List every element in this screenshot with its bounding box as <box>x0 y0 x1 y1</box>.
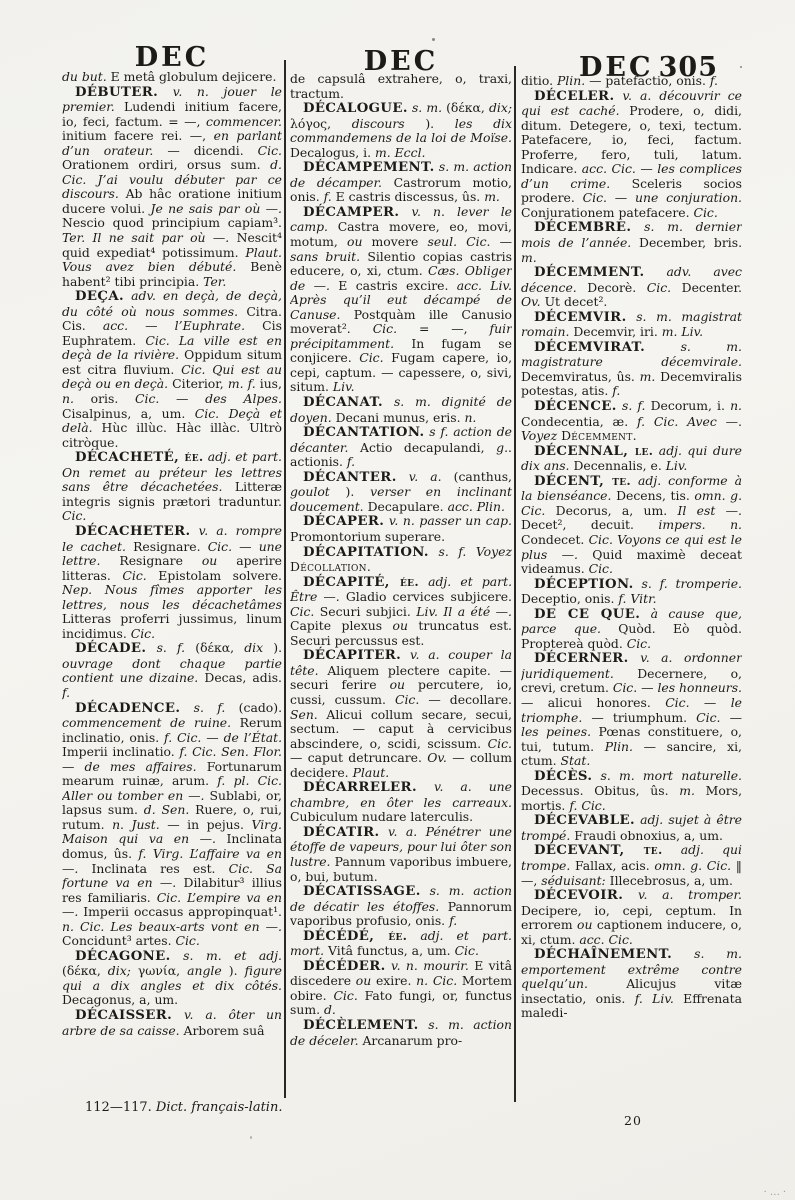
headword: DÉCENCE. <box>534 399 617 414</box>
entry-text: Cic. <box>665 695 689 710</box>
column-1-text: du but. E metâ globulum dejicere.DÉBUTER… <box>62 70 282 1102</box>
headword: DÉCACHETER. <box>75 524 191 539</box>
entry-text: Promontorium superare. <box>290 529 445 544</box>
dictionary-entry: ditio. Plin. — patefactio, onis. f. <box>521 74 742 89</box>
entry-text: — <box>607 190 635 205</box>
entry-text: Cic. <box>455 943 479 958</box>
headword: DÉCENNAL, <box>534 444 635 459</box>
entry-text: ). <box>405 116 455 131</box>
headword: DÉCAPITATION. <box>303 545 429 560</box>
entry-text: December, bris. <box>631 235 742 250</box>
dictionary-entry: DÉCALOGUE. s. m. (δέκα, dix; λόγος, disc… <box>290 101 512 160</box>
entry-text: seul. Cic. <box>427 234 490 249</box>
entry-text: ). <box>330 484 370 499</box>
headword: DÉCALOGUE. <box>303 101 408 116</box>
signature-numbers: 112—117. <box>85 1100 152 1115</box>
entry-text: Décemment. <box>561 428 637 443</box>
headword: DÉCÉDER. <box>303 959 386 974</box>
entry-text: Ov. <box>427 750 447 765</box>
entry-text: — <box>159 391 205 406</box>
entry-text: (δέκα, <box>185 640 244 655</box>
entry-text: n. Cic. Les beaux-arts vont en —. <box>62 919 282 934</box>
entry-text: Epistolam solvere. <box>147 568 282 583</box>
entry-text: Decapulare. <box>364 499 448 514</box>
entry-text: n. <box>730 398 742 413</box>
entry-text: Resignare <box>100 553 201 568</box>
entry-text: Citerior, <box>168 376 228 391</box>
scan-corner-marks: ·…· <box>764 1187 789 1198</box>
entry-text: s. f. <box>180 700 225 715</box>
headword: DÉCATIR. <box>303 825 380 840</box>
entry-text: initium facere rei. —, <box>62 128 214 143</box>
scan-speck <box>432 38 435 41</box>
headword: DÉCAMPER. <box>303 205 399 220</box>
headword: DÉCÈLEMENT. <box>303 1018 419 1033</box>
entry-text: dix; <box>489 100 512 115</box>
dictionary-entry: DÉCAPITER. v. a. couper la tête. Aliquem… <box>290 648 512 780</box>
headword: DÉCAPITER. <box>303 648 401 663</box>
entry-text: v. n. mourir. <box>386 958 469 973</box>
entry-text: Decessus. Obitus, ûs. <box>521 783 679 798</box>
headword: DÉCACHETÉ, <box>75 450 185 465</box>
work-title: Dict. français-latin. <box>156 1100 283 1115</box>
entry-text: — alicui honores. <box>521 695 665 710</box>
entry-text: m. <box>679 783 695 798</box>
entry-text: ). <box>263 640 282 655</box>
entry-text: Conjurationem patefacere. <box>521 205 693 220</box>
column-2-text: de capsulâ extrahere, o, traxi, tractum.… <box>290 72 512 1104</box>
column-divider-right <box>514 66 516 1102</box>
dictionary-entry: DÉCACHETÉ, ée. adj. et part. On remet au… <box>62 450 282 524</box>
dictionary-entry: DÉCAPITATION. s. f. Voyez Décollation. <box>290 545 512 575</box>
entry-text: ée. <box>388 928 407 943</box>
entry-text: Cic. <box>290 604 314 619</box>
entry-text: n. <box>464 410 476 425</box>
entry-text: f. Cic. <box>164 730 201 745</box>
entry-text: l’Euphrate. <box>175 318 245 333</box>
entry-text: Plaut. <box>353 765 390 780</box>
dictionary-entry: DÉCEVABLE. adj. sujet à être trompé. Fra… <box>521 813 742 843</box>
entry-text: les peines. <box>521 724 591 739</box>
entry-text: Orationem ordiri, orsus sum. <box>62 157 270 172</box>
entry-text: (δέκα, <box>62 963 108 978</box>
entry-text: n. <box>62 391 74 406</box>
entry-text: Cic. <box>208 539 232 554</box>
entry-text: s. f. tromperie. <box>634 576 742 591</box>
dictionary-entry: DÉCAGONE. s. m. et adj. (δέκα, dix; γωνί… <box>62 949 282 1008</box>
dictionary-entry: DÉCEMVIRAT. s. m. magistrature décemvira… <box>521 340 742 399</box>
dictionary-entry: DÉCAMPER. v. n. lever le camp. Castra mo… <box>290 205 512 395</box>
entry-text: — <box>490 234 512 249</box>
entry-text: Liv. <box>333 379 355 394</box>
entry-text: une conjuration. <box>635 190 742 205</box>
dictionary-entry: du but. E metâ globulum dejicere. <box>62 70 282 85</box>
dictionary-entry: DÉCANTATION. s f. action de décanter. Ac… <box>290 425 512 470</box>
entry-text: f. <box>612 383 620 398</box>
entry-text: Stat. <box>561 753 591 768</box>
headword: DÉCANTER. <box>303 470 397 485</box>
entry-text: Cic. <box>135 391 159 406</box>
headword: DÉCEVABLE. <box>534 813 635 828</box>
entry-text: des Alpes. <box>205 391 282 406</box>
entry-text: ou <box>577 917 592 932</box>
entry-text: (cado). <box>225 700 282 715</box>
entry-text: ou <box>393 618 408 633</box>
entry-text: Nep. Nous fîmes apporter les lettres, no… <box>62 582 282 612</box>
dictionary-entry: DÉCEVOIR. v. a. tromper. Decipere, io, c… <box>521 888 742 947</box>
entry-text: Plin. <box>605 739 633 754</box>
entry-text: Liv. Il a été —. <box>416 604 512 619</box>
entry-text: Nescio quod principium capiam³. <box>62 215 282 230</box>
entry-text: s. f. <box>146 640 185 655</box>
entry-text: Décollation. <box>290 559 371 574</box>
dictionary-entry: DÉCERNER. v. a. ordonner juridiquement. … <box>521 651 742 768</box>
entry-text: ou <box>202 553 217 568</box>
entry-text: Vitâ functus, a, um. <box>324 943 455 958</box>
entry-text: Resignare. <box>126 539 208 554</box>
headword: DÉCHAÎNEMENT. <box>534 947 672 962</box>
entry-text: acc. Cic. <box>579 932 632 947</box>
entry-text: Imperii occasus appropinquat¹. <box>78 904 282 919</box>
entry-text: commencement de ruine. <box>62 715 231 730</box>
dictionary-entry: DÉCEVANT, te. adj. qui trompe. Fallax, a… <box>521 843 742 888</box>
dictionary-entry: DÉCATIR. v. a. Pénétrer une étoffe de va… <box>290 825 512 884</box>
entry-text: m. <box>640 369 656 384</box>
entry-text: Cic. <box>122 568 146 583</box>
entry-text: ius, <box>256 376 282 391</box>
entry-text: oris. <box>74 391 135 406</box>
entry-text: Decenter. <box>671 280 742 295</box>
column-divider-left <box>284 60 286 1098</box>
dictionary-entry: DÉCENNAL, le. adj. qui dure dix ans. Dec… <box>521 444 742 474</box>
entry-text: sans bruit. <box>290 249 360 264</box>
headword: DEÇA. <box>75 289 124 304</box>
entry-text: f. <box>710 74 718 88</box>
dictionary-entry: DÉCÈLEMENT. s. m. action de déceler. Arc… <box>290 1018 512 1048</box>
dictionary-entry: DE CE QUE. à cause que, parce que. Quòd.… <box>521 607 742 652</box>
entry-text: — <box>690 695 731 710</box>
entry-text: Decennalis, e. <box>570 458 666 473</box>
entry-text: le. <box>635 443 653 458</box>
entry-text: Cic. <box>627 636 651 651</box>
headword: DÉCAGONE. <box>75 949 171 964</box>
entry-text: f. <box>347 454 355 469</box>
dictionary-entry: DEÇA. adv. en deçà, de deçà, du côté où … <box>62 289 282 450</box>
scan-speck <box>250 1136 252 1139</box>
entry-text: dix <box>244 640 263 655</box>
dictionary-entry: DÉCAPER. v. n. passer un cap. Promontori… <box>290 514 512 544</box>
headword: DÉCAISSER. <box>75 1008 172 1023</box>
entry-text: v. n. passer un cap. <box>384 513 512 528</box>
entry-text: Securi subjici. <box>314 604 416 619</box>
dictionary-entry: DÉCEPTION. s. f. tromperie. Deceptio, on… <box>521 577 742 607</box>
entry-text: m. Eccl. <box>375 145 425 160</box>
entry-text: — <box>232 539 259 554</box>
headword: DÉCARRELER. <box>303 780 417 795</box>
entry-text: E castris discessus, ûs. <box>332 189 484 204</box>
dictionary-entry: DÉCÈS. s. m. mort naturelle. Decessus. O… <box>521 769 742 814</box>
entry-text: Decemvir, iri. <box>569 324 661 339</box>
headword: DÉCEVOIR. <box>534 888 623 903</box>
headword: DÉCEMVIR. <box>534 310 627 325</box>
entry-text: de l’État. <box>224 730 282 745</box>
dictionary-entry: DÉBUTER. v. n. jouer le premier. Ludendi… <box>62 85 282 290</box>
headword: DÉCEVANT, <box>534 843 644 858</box>
entry-text: Arborem suâ <box>180 1023 265 1038</box>
entry-text: m. f. <box>228 376 256 391</box>
dictionary-entry: DÉCELER. v. a. découvrir ce qui est cach… <box>521 89 742 221</box>
dictionary-entry: DÉCAISSER. v. a. ôter un arbre de sa cai… <box>62 1008 282 1038</box>
running-head-col1: DEC <box>62 42 282 73</box>
entry-text: f. <box>324 189 332 204</box>
dictionary-entry: DÉCEMMENT. adv. avec décence. Decorè. Ci… <box>521 265 742 310</box>
dictionary-entry: DÉCÉDER. v. n. mourir. E vitâ discedere … <box>290 959 512 1018</box>
entry-text: Decagonus, a, um. <box>62 992 178 1007</box>
entry-text: impers. n. <box>658 517 742 532</box>
entry-text: Cic. <box>647 280 671 295</box>
headword: DÉCANTATION. <box>303 425 425 440</box>
entry-text: f. Liv. <box>635 991 674 1006</box>
entry-text: Condecentia, æ. <box>521 414 637 429</box>
entry-text: d. <box>324 1002 336 1017</box>
dictionary-entry: DÉCADE. s. f. (δέκα, dix ). ouvrage dont… <box>62 641 282 700</box>
entry-text: Fraudi obnoxius, a, um. <box>570 828 723 843</box>
headword: DÉCADE. <box>75 641 146 656</box>
entry-text: Il est —. <box>677 503 742 518</box>
dictionary-entry: DÉCANAT. s. m. dignité de doyen. Decani … <box>290 395 512 425</box>
entry-text: — <box>62 759 85 774</box>
entry-text: E metâ globulum dejicere. <box>107 70 277 84</box>
entry-text: v. a. tromper. <box>623 887 742 902</box>
entry-text: Cic. <box>613 680 637 695</box>
entry-text: Cisalpinus, a, um. <box>62 406 195 421</box>
entry-text: ou <box>356 973 371 988</box>
entry-text: Inclinata res est. <box>78 861 228 876</box>
entry-text: Actio decapulandi, <box>348 440 496 455</box>
entry-text: s. m. et adj. <box>171 948 282 963</box>
dictionary-entry: DÉCAMPEMENT. s. m. action de décamper. C… <box>290 160 512 205</box>
printer-signature: 112—117. Dict. français-latin. <box>85 1100 282 1115</box>
headword: DÉBUTER. <box>75 85 158 100</box>
entry-text: = —, <box>397 321 490 336</box>
entry-text: — caput detruncare. <box>290 750 427 765</box>
entry-text: γωνία, <box>131 963 187 978</box>
column-3-text: ditio. Plin. — patefactio, onis. f.DÉCEL… <box>521 74 742 1106</box>
entry-text: f. <box>449 913 457 928</box>
headword: DÉCÉDÉ, <box>303 929 388 944</box>
entry-text: les honneurs. <box>657 680 742 695</box>
entry-text: Ter. Il ne sait par où —. <box>62 230 229 245</box>
entry-text: Decas, adis. <box>198 670 282 685</box>
entry-text: Decorè. <box>577 280 647 295</box>
entry-text: Fallax, acis. <box>570 858 654 873</box>
entry-text: Alicui collum secare, secui, sectum. — c… <box>290 707 512 751</box>
entry-text: Arcanarum pro- <box>359 1033 463 1048</box>
entry-text: Decemviratus, ûs. <box>521 369 640 384</box>
entry-text: Cic. <box>333 988 357 1003</box>
entry-text: movere <box>362 234 427 249</box>
headword: DÉCENT, <box>534 474 612 489</box>
entry-text: Cic. <box>359 350 383 365</box>
entry-text: g. <box>496 440 508 455</box>
headword: DÉCEMVIRAT. <box>534 340 645 355</box>
entry-text: Cic. <box>62 508 86 523</box>
dictionary-entry: de capsulâ extrahere, o, traxi, tractum. <box>290 72 512 101</box>
entry-text: Plin. <box>557 74 585 88</box>
headword: DÉCAMPEMENT. <box>303 160 435 175</box>
entry-text: f. Cic. Sen. Flor. <box>179 744 282 759</box>
entry-text: te. <box>644 842 663 857</box>
entry-text: — decollare. <box>419 692 512 707</box>
entry-text: — <box>128 318 175 333</box>
entry-text: Decalogus, i. <box>290 145 375 160</box>
entry-text: — in pejus. <box>160 817 252 832</box>
entry-text: m. <box>521 250 537 265</box>
dictionary-entry: DÉCENT, te. adj. conforme à la bienséanc… <box>521 474 742 577</box>
entry-text: Cic. <box>131 626 155 641</box>
headword: DÉCATISSAGE. <box>303 884 421 899</box>
scan-speck <box>740 66 742 68</box>
entry-text: Cic. <box>488 736 512 751</box>
entry-text: te. <box>612 473 631 488</box>
entry-text: commencer. <box>206 114 282 129</box>
entry-text: m. <box>484 189 500 204</box>
entry-text: f. <box>62 685 70 700</box>
dictionary-entry: DÉCAPITÉ, ée. adj. et part. Être —. Glad… <box>290 575 512 649</box>
headword: DÉCEPTION. <box>534 577 634 592</box>
entry-text: acc. Cic. <box>582 161 636 176</box>
dictionary-entry: DÉCHAÎNEMENT. s. m. emportement extrême … <box>521 947 742 1021</box>
entry-text: Deceptio, onis. <box>521 591 618 606</box>
entry-text: — <box>636 161 657 176</box>
headword: DÉCAPER. <box>303 514 384 529</box>
dictionary-page: DEC DEC DEC 305 du but. E metâ globulum … <box>0 0 795 1200</box>
entry-text: séduisant: <box>541 873 605 888</box>
entry-text: Concidunt³ artes. <box>62 933 175 948</box>
dictionary-entry: DÉCENCE. s. f. Decorum, i. n. Condecenti… <box>521 399 742 444</box>
dictionary-entry: DÉCATISSAGE. s. m. action de décatir les… <box>290 884 512 929</box>
entry-text: v. a. <box>397 469 442 484</box>
entry-text: n. Just. <box>112 817 160 832</box>
entry-text: dix; <box>108 963 131 978</box>
entry-text: ou <box>347 234 362 249</box>
entry-text: E castris excire. <box>330 278 457 293</box>
dictionary-entry: DÉCEMBRE. s. m. dernier mois de l’année.… <box>521 220 742 265</box>
entry-text: Cubiculum nudare laterculis. <box>290 809 473 824</box>
headword: DÉCÈS. <box>534 769 592 784</box>
entry-text: Cic. <box>175 933 199 948</box>
entry-text: Sen. <box>290 707 318 722</box>
entry-text: λόγος, <box>290 116 352 131</box>
entry-text: s. f. <box>617 398 646 413</box>
headword: DÉCAPITÉ, <box>303 575 400 590</box>
entry-text: s. m. <box>408 100 442 115</box>
headword: DÉCERNER. <box>534 651 629 666</box>
entry-text: Decani munus, eris. <box>332 410 465 425</box>
entry-text: Gladio cervices subjicere. <box>340 589 512 604</box>
entry-text: Decens, tis. <box>611 488 694 503</box>
entry-text: Condecet. <box>521 532 589 547</box>
dictionary-entry: DÉCANTER. v. a. (canthus, goulot ). vers… <box>290 470 512 515</box>
entry-text: n. Cic. <box>416 973 457 988</box>
entry-text: s. f. Voyez <box>429 544 512 559</box>
entry-text: de mes affaires. <box>85 759 197 774</box>
entry-text: Liv. <box>666 458 688 473</box>
entry-text: Cic. <box>373 321 397 336</box>
entry-text: Cic. <box>693 205 717 220</box>
headword: DÉCEMMENT. <box>534 265 645 280</box>
entry-text: ). <box>222 963 245 978</box>
entry-text: Illecebrosus, a, um. <box>606 873 733 888</box>
entry-text: discours <box>352 116 405 131</box>
entry-text: Litteras proferri jussimus, linum incidi… <box>62 611 282 641</box>
entry-text: — <box>720 710 742 725</box>
entry-text: Capite plexus <box>290 618 393 633</box>
entry-text: s. m. mort naturelle. <box>592 768 742 783</box>
entry-text: ée. <box>400 574 419 589</box>
entry-text: acc. Plin. <box>448 499 505 514</box>
headword: DÉCEMBRE. <box>534 220 631 235</box>
entry-text: Decorum, i. <box>645 398 730 413</box>
entry-text: Hùc illùc. Hàc illàc. Ultrò citròque. <box>62 420 282 450</box>
entry-text: (δέκα, <box>442 100 489 115</box>
entry-text: Decorus, a, um. <box>545 503 677 518</box>
dictionary-entry: DÉCACHETER. v. a. rompre le cachet. Resi… <box>62 524 282 641</box>
entry-text: Imperii inclinatio. <box>62 744 179 759</box>
headword: DE CE QUE. <box>534 607 640 622</box>
entry-text: Cic. <box>258 143 282 158</box>
entry-text: de capsulâ extrahere, o, traxi, tractum. <box>290 72 512 101</box>
entry-text: ditio. <box>521 74 557 88</box>
entry-text: angle <box>187 963 222 978</box>
dictionary-entry: DÉCÉDÉ, ée. adj. et part. mort. Vitâ fun… <box>290 929 512 959</box>
entry-text: — patefactio, onis. <box>585 74 710 88</box>
headword: DÉCADENCE. <box>75 701 180 716</box>
headword: DÉCANAT. <box>303 395 383 410</box>
entry-text: m. Liv. <box>662 324 703 339</box>
entry-text: ou <box>390 677 405 692</box>
entry-text: Cic. <box>583 190 607 205</box>
entry-text: omn. g. Cic. <box>654 858 731 873</box>
entry-text: (canthus, <box>442 469 512 484</box>
entry-text: Cic. <box>395 692 419 707</box>
gathering-number: 20 <box>624 1113 642 1128</box>
entry-text: d. Sen. <box>144 802 190 817</box>
dictionary-entry: DÉCADENCE. s. f. (cado). commencement de… <box>62 701 282 949</box>
entry-text: Ter. <box>203 274 226 289</box>
entry-text: Decet², decuit. <box>521 517 658 532</box>
entry-text: Je ne sais par où —. <box>150 201 282 216</box>
entry-text: Cic. <box>589 561 613 576</box>
entry-text: f. Vitr. <box>618 591 656 606</box>
entry-text: Ov. <box>521 294 541 309</box>
entry-text: Ut decet². <box>541 294 608 309</box>
entry-text: ée. <box>185 449 204 464</box>
headword: DÉCELER. <box>534 89 614 104</box>
entry-text: du but. <box>62 70 107 84</box>
entry-text: — <box>201 730 223 745</box>
entry-text: exire. <box>371 973 416 988</box>
dictionary-entry: DÉCEMVIR. s. m. magistrat romain. Decemv… <box>521 310 742 340</box>
entry-text: — <box>637 680 657 695</box>
entry-text: — triumphum. <box>582 710 696 725</box>
entry-text: f. Cic. <box>569 798 605 813</box>
entry-text: goulot <box>290 484 330 499</box>
entry-text: Cic. <box>696 710 720 725</box>
entry-text: acc. <box>103 318 128 333</box>
dictionary-entry: DÉCARRELER. v. a. une chambre, en ôter l… <box>290 780 512 825</box>
entry-text: — dicendi. <box>153 143 257 158</box>
